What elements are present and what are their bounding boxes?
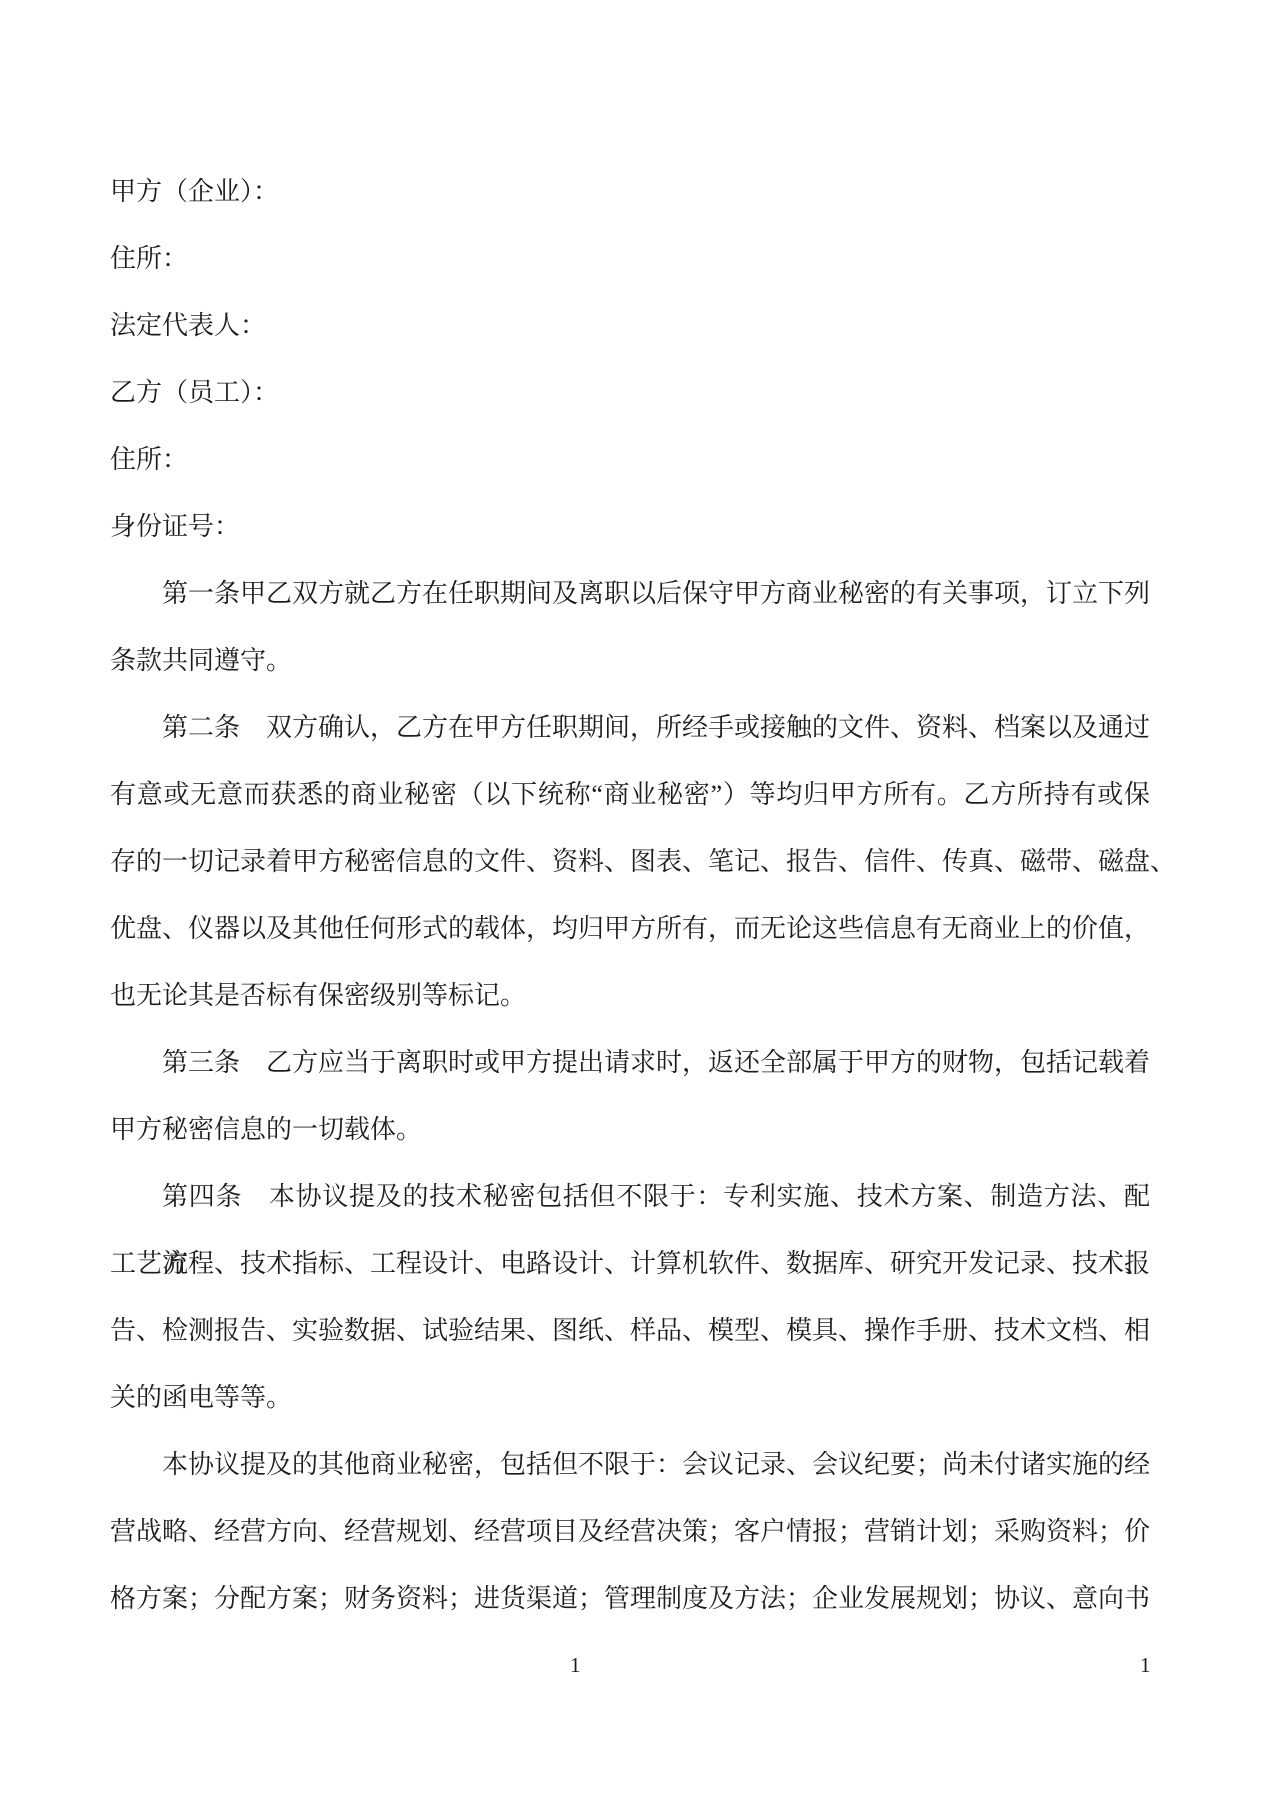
document-line: 告、检测报告、实验数据、试验结果、图纸、样品、模型、模具、操作手册、技术文档、相	[110, 1297, 1150, 1364]
document-line: 法定代表人：	[110, 292, 1150, 359]
document-line: 本协议提及的其他商业秘密，包括但不限于：会议记录、会议纪要；尚未付诸实施的经	[110, 1431, 1150, 1498]
page-number-right: 1	[1140, 1652, 1151, 1678]
document-line: 有意或无意而获悉的商业秘密（以下统称“商业秘密”）等均归甲方所有。乙方所持有或保	[110, 761, 1150, 828]
document-line: 关的函电等等。	[110, 1364, 1150, 1431]
document-page: 甲方（企业）： 住所： 法定代表人： 乙方（员工）： 住所： 身份证号： 第一条…	[0, 0, 1280, 1810]
document-line: 格方案；分配方案；财务资料；进货渠道；管理制度及方法；企业发展规划；协议、意向书	[110, 1565, 1150, 1632]
document-line: 甲方（企业）：	[110, 158, 1150, 225]
document-line: 身份证号：	[110, 493, 1150, 560]
document-line: 甲方秘密信息的一切载体。	[110, 1096, 1150, 1163]
document-line: 工艺流程、技术指标、工程设计、电路设计、计算机软件、数据库、研究开发记录、技术报	[110, 1230, 1150, 1297]
document-line: 乙方（员工）：	[110, 359, 1150, 426]
document-line: 第三条 乙方应当于离职时或甲方提出请求时，返还全部属于甲方的财物，包括记载着	[110, 1029, 1150, 1096]
document-line: 第四条 本协议提及的技术秘密包括但不限于：专利实施、技术方案、制造方法、配方、	[110, 1163, 1150, 1230]
document-line: 住所：	[110, 426, 1150, 493]
document-line: 优盘、仪器以及其他任何形式的载体，均归甲方所有，而无论这些信息有无商业上的价值，	[110, 895, 1150, 962]
document-line: 第一条甲乙双方就乙方在任职期间及离职以后保守甲方商业秘密的有关事项，订立下列	[110, 560, 1150, 627]
document-body: 甲方（企业）： 住所： 法定代表人： 乙方（员工）： 住所： 身份证号： 第一条…	[110, 158, 1150, 1632]
document-line: 条款共同遵守。	[110, 627, 1150, 694]
document-line: 存的一切记录着甲方秘密信息的文件、资料、图表、笔记、报告、信件、传真、磁带、磁盘…	[110, 828, 1176, 895]
document-line: 也无论其是否标有保密级别等标记。	[110, 962, 1150, 1029]
document-line: 住所：	[110, 225, 1150, 292]
page-number-center: 1	[570, 1652, 581, 1678]
document-line: 第二条 双方确认，乙方在甲方任职期间，所经手或接触的文件、资料、档案以及通过	[110, 694, 1150, 761]
document-line: 营战略、经营方向、经营规划、经营项目及经营决策；客户情报；营销计划；采购资料；价	[110, 1498, 1150, 1565]
